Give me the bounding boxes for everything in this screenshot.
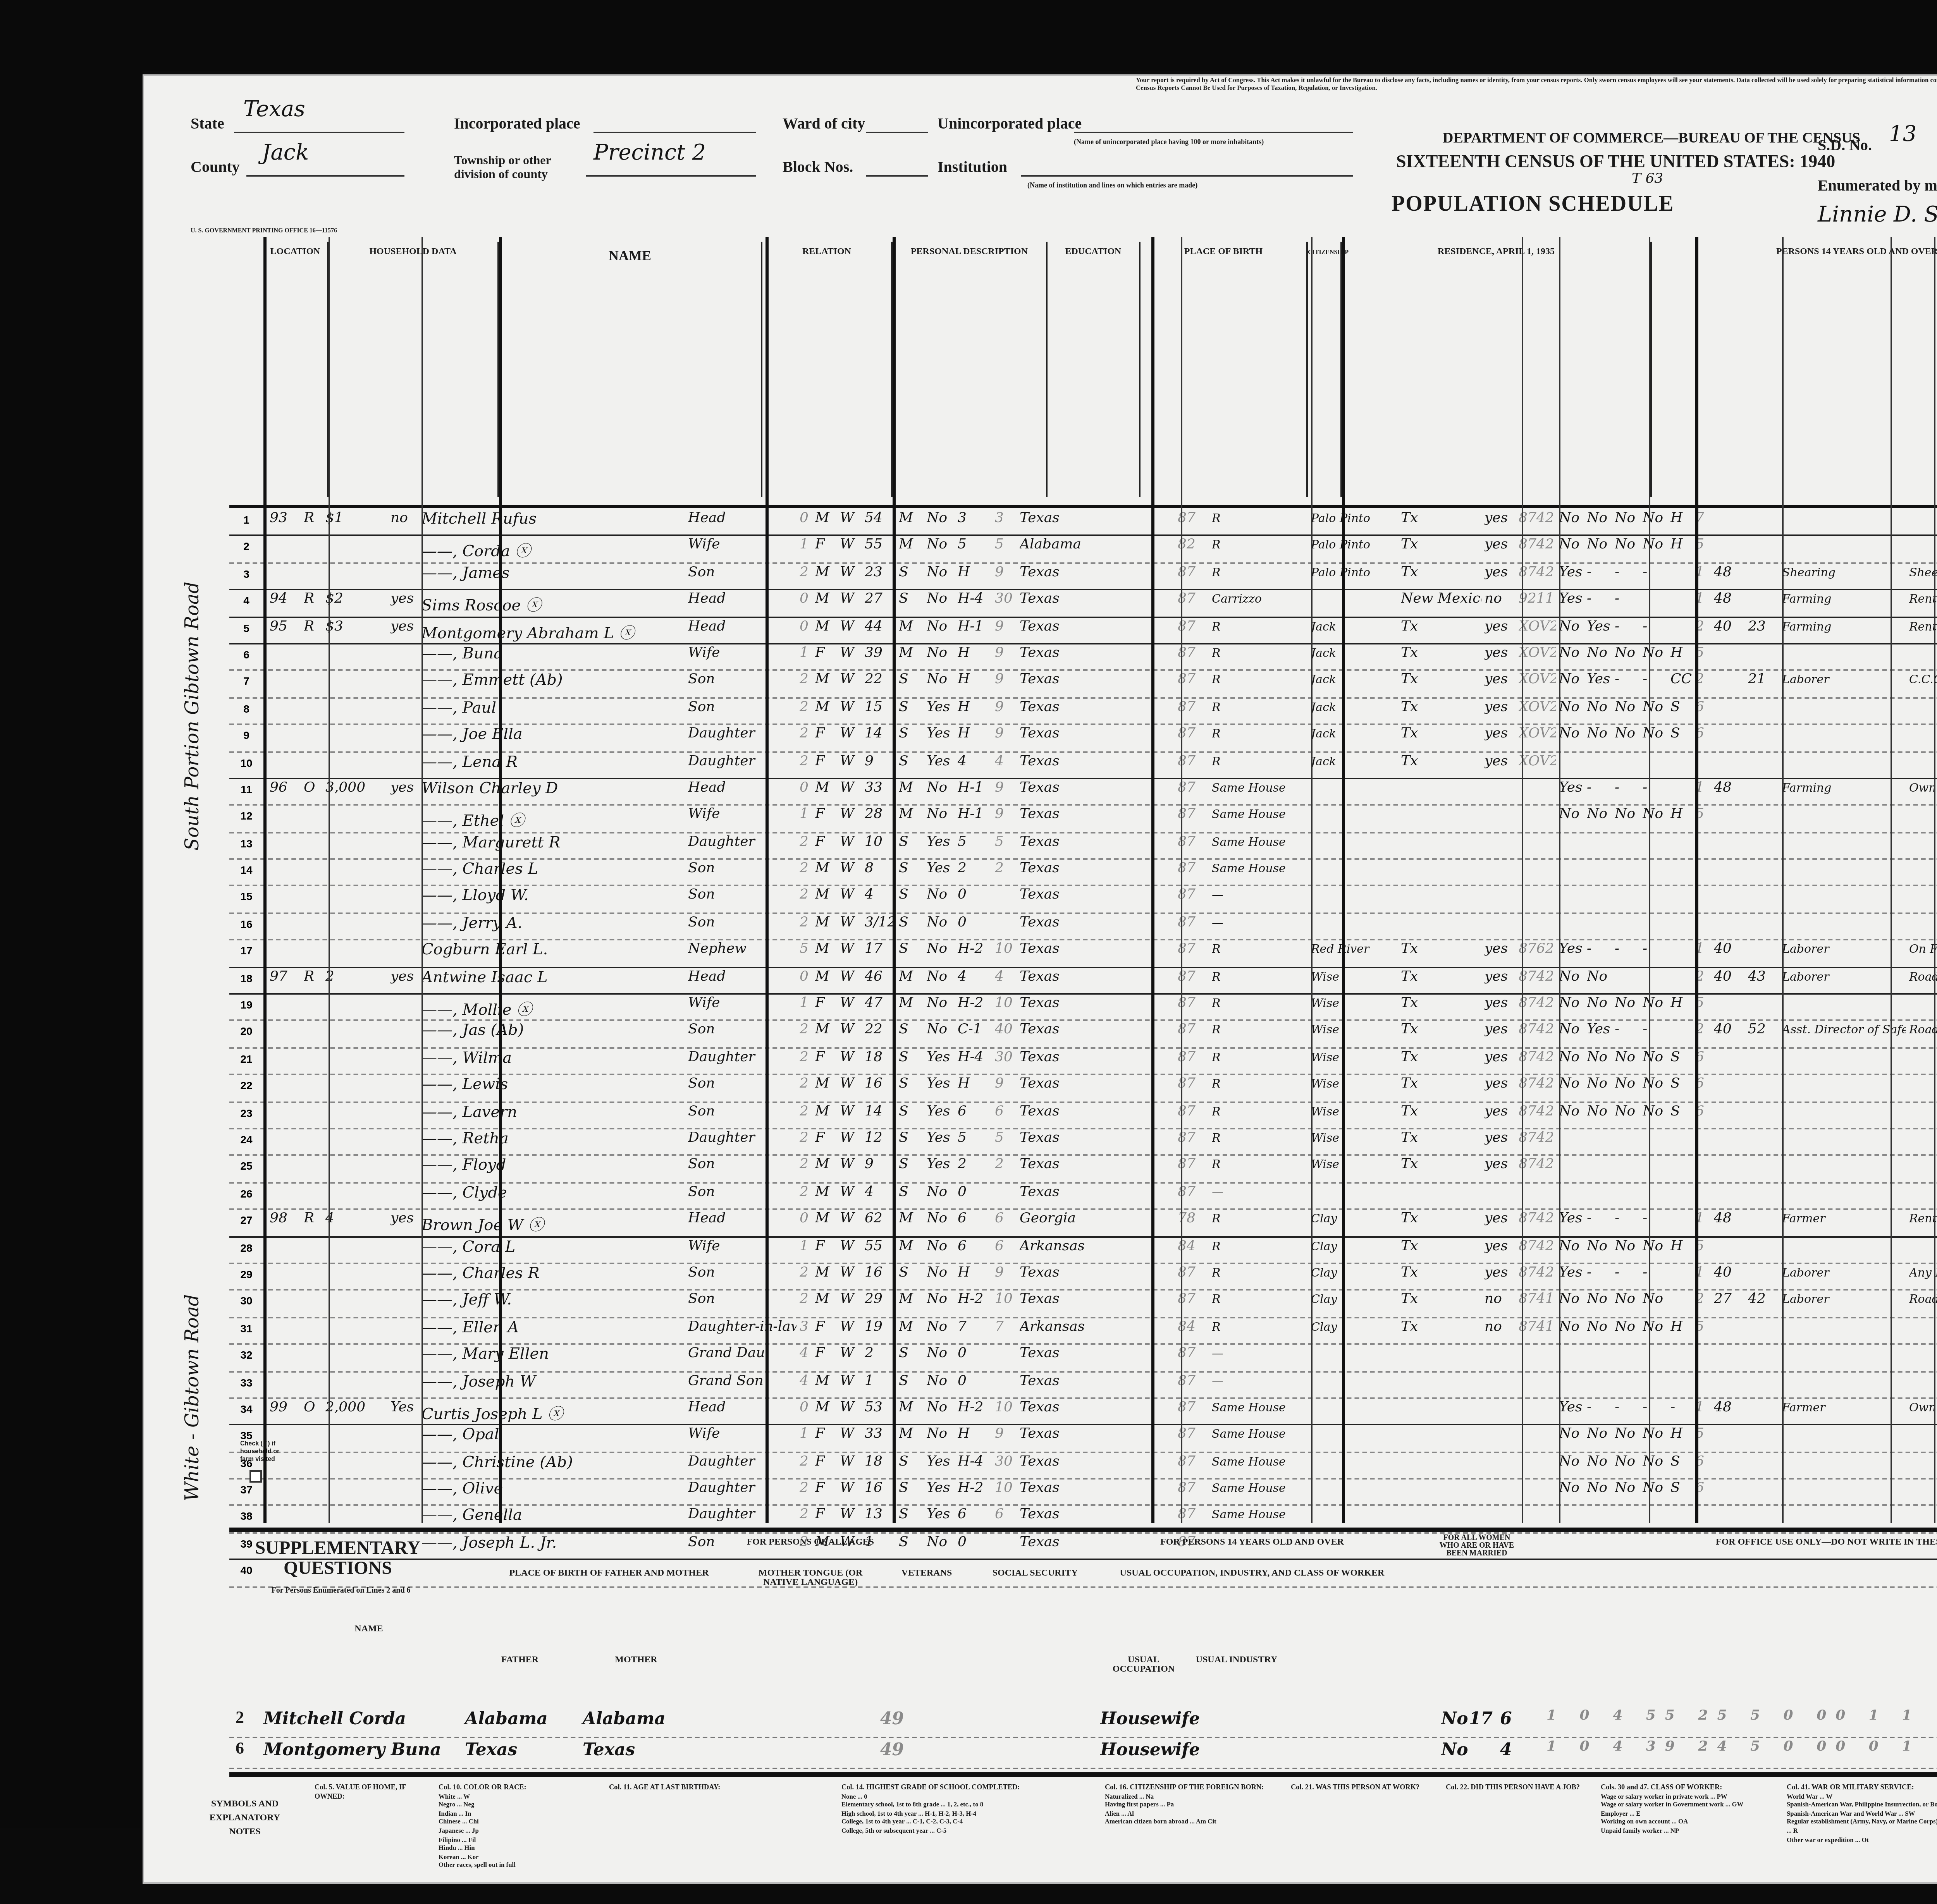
cell-school[interactable]: No [927, 1373, 955, 1389]
cell-hh[interactable]: 96 [270, 781, 301, 796]
cell-code-a[interactable]: 2 [800, 1077, 812, 1093]
cell-res-city[interactable]: Same House [1212, 1427, 1308, 1441]
cell-school[interactable]: No [927, 1212, 955, 1227]
cell-sex[interactable]: M [815, 565, 837, 581]
cell-hh[interactable]: 97 [270, 969, 301, 985]
cell-relation[interactable]: Daughter [688, 727, 796, 742]
cell-c24[interactable]: No [1643, 1454, 1667, 1470]
cell-c23[interactable]: No [1615, 1050, 1639, 1065]
cell-c22[interactable]: - [1587, 1266, 1612, 1281]
cell-hours[interactable]: 48 [1714, 592, 1745, 608]
cell-c21[interactable]: No [1559, 1023, 1584, 1039]
cell-race[interactable]: W [840, 1454, 862, 1470]
cell-grade[interactable]: H [958, 700, 992, 715]
cell-c24[interactable]: No [1643, 996, 1667, 1012]
cell-c22[interactable]: Yes [1587, 673, 1612, 688]
cell-res-state[interactable]: Tx [1401, 1266, 1481, 1281]
cell-grade[interactable]: 2 [958, 1158, 992, 1174]
cell-grade[interactable]: 0 [958, 1185, 992, 1200]
cell-res-state[interactable]: Tx [1401, 646, 1481, 662]
cell-sex[interactable]: M [815, 915, 837, 931]
cell-res-county[interactable]: Clay [1311, 1266, 1398, 1280]
cell-c25[interactable]: - [1670, 1401, 1692, 1416]
cell-c23[interactable]: No [1615, 1454, 1639, 1470]
cell-grade[interactable]: H [958, 646, 992, 662]
cell-c23[interactable]: No [1615, 1077, 1639, 1093]
cell-marital[interactable]: S [899, 861, 924, 877]
cell-grade[interactable]: H-4 [958, 1454, 992, 1470]
cell-c22[interactable]: No [1587, 700, 1612, 715]
cell-code-b[interactable]: 9 [995, 781, 1017, 796]
cell-sex[interactable]: F [815, 1346, 837, 1362]
cell-name[interactable]: ——, Mary Ellen [421, 1346, 685, 1363]
cell-marital[interactable]: S [899, 1077, 924, 1093]
cell-race[interactable]: W [840, 1131, 862, 1146]
cell-race[interactable]: W [840, 808, 862, 823]
cell-marital[interactable]: M [899, 619, 924, 634]
cell-c21[interactable]: No [1559, 969, 1584, 985]
cell-c21[interactable]: Yes [1559, 1401, 1584, 1416]
cell-c23[interactable]: - [1615, 565, 1639, 581]
cell-race[interactable]: W [840, 1373, 862, 1389]
cell-c21[interactable]: No [1559, 700, 1584, 715]
cell-school[interactable]: No [927, 942, 955, 958]
cell-code-b[interactable]: 9 [995, 673, 1017, 688]
cell-c24[interactable]: No [1643, 808, 1667, 823]
unincorporated-field[interactable] [1074, 113, 1353, 133]
cell-occupation[interactable]: Laborer [1782, 1266, 1906, 1280]
cell-relation[interactable]: Wife [688, 996, 796, 1012]
cell-age[interactable]: 47 [865, 996, 896, 1012]
cell-race[interactable]: W [840, 835, 862, 850]
cell-grade[interactable]: H [958, 727, 992, 742]
cell-c21[interactable]: No [1559, 996, 1584, 1012]
cell-school[interactable]: No [927, 996, 955, 1012]
incorporated-place-field[interactable] [593, 113, 756, 133]
cell-age[interactable]: 9 [865, 1158, 896, 1174]
cell-c22[interactable]: No [1587, 1077, 1612, 1093]
institution-field[interactable] [1021, 156, 1353, 177]
cell-grade[interactable]: H-4 [958, 592, 992, 608]
cell-sex[interactable]: F [815, 1427, 837, 1443]
cell-res-farm[interactable]: yes [1485, 1158, 1516, 1174]
cell-name[interactable]: ——, Jeff W. [421, 1292, 685, 1309]
cell-occupation[interactable]: Farmer [1782, 1401, 1906, 1414]
cell-code-d[interactable]: 8742 [1519, 1239, 1556, 1254]
cell-res-city[interactable]: R [1212, 1104, 1308, 1118]
cell-farm[interactable]: yes [390, 592, 418, 608]
cell-res-city[interactable]: — [1212, 915, 1308, 929]
cell-age[interactable]: 19 [865, 1320, 896, 1335]
cell-grade[interactable]: 5 [958, 538, 992, 554]
cell-c25[interactable]: S [1670, 1077, 1692, 1093]
cell-code-d[interactable]: 8742 [1519, 511, 1556, 527]
cell-sex[interactable]: F [815, 835, 837, 850]
cell-res-farm[interactable]: yes [1485, 538, 1516, 554]
cell-relation[interactable]: Daughter [688, 754, 796, 769]
cell-code-a[interactable]: 2 [800, 1131, 812, 1146]
cell-res-state[interactable]: Tx [1401, 1158, 1481, 1174]
cell-code-b[interactable]: 9 [995, 1427, 1017, 1443]
cell-sex[interactable]: F [815, 1320, 837, 1335]
cell-res-county[interactable]: Wise [1311, 996, 1398, 1010]
cell-relation[interactable]: Head [688, 511, 796, 527]
cell-c24[interactable]: No [1643, 1292, 1667, 1308]
cell-own[interactable]: R [304, 619, 322, 634]
cell-res-farm[interactable]: yes [1485, 1023, 1516, 1039]
cell-school[interactable]: No [927, 1401, 955, 1416]
cell-res-state[interactable]: Tx [1401, 1077, 1481, 1093]
cell-sex[interactable]: F [815, 727, 837, 742]
cell-c22[interactable]: - [1587, 781, 1612, 796]
cell-marital[interactable]: M [899, 969, 924, 985]
cell-sex[interactable]: M [815, 1158, 837, 1174]
cell-c23[interactable]: No [1615, 996, 1639, 1012]
cell-hh[interactable]: 99 [270, 1401, 301, 1416]
cell-c21[interactable]: Yes [1559, 565, 1584, 581]
cell-race[interactable]: W [840, 861, 862, 877]
cell-name[interactable]: Cogburn Earl L. [421, 942, 685, 959]
cell-race[interactable]: W [840, 1239, 862, 1254]
cell-age[interactable]: 62 [865, 1212, 896, 1227]
cell-weeks-unemp[interactable]: 21 [1748, 673, 1779, 688]
cell-c22[interactable]: Yes [1587, 1023, 1612, 1039]
cell-grade[interactable]: H [958, 1266, 992, 1281]
cell-occupation[interactable]: Farmer [1782, 1212, 1906, 1226]
cell-value[interactable]: 3,000 [325, 781, 387, 796]
cell-res-state[interactable]: Tx [1401, 1239, 1481, 1254]
cell-c25[interactable]: H [1670, 538, 1692, 554]
cell-code-a[interactable]: 1 [800, 646, 812, 662]
cell-code-d[interactable]: XOV2 [1519, 754, 1556, 769]
cell-name[interactable]: ——, Joseph W [421, 1373, 685, 1390]
cell-own[interactable]: R [304, 1212, 322, 1227]
cell-c24[interactable]: No [1643, 538, 1667, 554]
cell-res-county[interactable]: Wise [1311, 1158, 1398, 1172]
cell-age[interactable]: 29 [865, 1292, 896, 1308]
cell-name[interactable]: ——, Buna [421, 646, 685, 663]
cell-sex[interactable]: M [815, 592, 837, 608]
cell-value[interactable]: 4 [325, 1212, 387, 1227]
cell-school[interactable]: Yes [927, 727, 955, 742]
cell-c23[interactable]: - [1615, 1023, 1639, 1039]
cell-age[interactable]: 16 [865, 1266, 896, 1281]
cell-age[interactable]: 4 [865, 888, 896, 904]
cell-school[interactable]: No [927, 1266, 955, 1281]
cell-res-state[interactable]: Tx [1401, 538, 1481, 554]
cell-c23[interactable]: No [1615, 1427, 1639, 1443]
cell-code-b[interactable]: 6 [995, 1508, 1017, 1524]
cell-marital[interactable]: S [899, 592, 924, 608]
cell-res-state[interactable]: Tx [1401, 619, 1481, 634]
cell-marital[interactable]: M [899, 1239, 924, 1254]
cell-c22[interactable]: No [1587, 1427, 1612, 1443]
cell-res-farm[interactable]: yes [1485, 754, 1516, 769]
cell-c21[interactable]: No [1559, 1481, 1584, 1497]
cell-sex[interactable]: F [815, 538, 837, 554]
cell-c21[interactable]: No [1559, 1292, 1584, 1308]
cell-farm[interactable]: yes [390, 781, 418, 796]
cell-grade[interactable]: 5 [958, 835, 992, 850]
cell-code-a[interactable]: 2 [800, 673, 812, 688]
cell-age[interactable]: 9 [865, 754, 896, 769]
cell-marital[interactable]: M [899, 808, 924, 823]
cell-c24[interactable]: No [1643, 646, 1667, 662]
cell-marital[interactable]: S [899, 942, 924, 958]
cell-school[interactable]: Yes [927, 1104, 955, 1119]
cell-res-state[interactable]: Tx [1401, 700, 1481, 715]
cell-code-d[interactable]: 8742 [1519, 1158, 1556, 1174]
cell-age[interactable]: 27 [865, 592, 896, 608]
cell-relation[interactable]: Son [688, 915, 796, 931]
cell-code-a[interactable]: 2 [800, 1266, 812, 1281]
cell-relation[interactable]: Daughter [688, 1050, 796, 1065]
suppl-cell-married-more[interactable]: No [1441, 1740, 1463, 1760]
cell-marital[interactable]: S [899, 1131, 924, 1146]
cell-res-farm[interactable]: yes [1485, 565, 1516, 581]
suppl-cell-usual-occupation[interactable]: Housewife [1100, 1709, 1193, 1729]
cell-code-d[interactable]: 8741 [1519, 1320, 1556, 1335]
cell-sex[interactable]: F [815, 1454, 837, 1470]
cell-code-b[interactable]: 40 [995, 1023, 1017, 1039]
cell-name[interactable]: ——, Emmett (Ab) [421, 673, 685, 690]
cell-name[interactable]: ——, Opal [421, 1427, 685, 1444]
cell-school[interactable]: No [927, 1427, 955, 1443]
cell-name[interactable]: ——, Genella [421, 1508, 685, 1525]
cell-res-county[interactable]: Jack [1311, 754, 1398, 768]
cell-c24[interactable]: No [1643, 727, 1667, 742]
cell-school[interactable]: No [927, 511, 955, 527]
cell-farm[interactable]: yes [390, 969, 418, 985]
cell-age[interactable]: 23 [865, 565, 896, 581]
cell-race[interactable]: W [840, 1158, 862, 1174]
cell-res-state[interactable]: Tx [1401, 1023, 1481, 1039]
cell-c23[interactable]: - [1615, 1401, 1639, 1416]
cell-race[interactable]: W [840, 538, 862, 554]
cell-name[interactable]: Curtis Joseph L ⓧ [421, 1401, 685, 1424]
cell-grade[interactable]: H [958, 673, 992, 688]
cell-sex[interactable]: M [815, 1401, 837, 1416]
cell-farm[interactable]: no [390, 511, 418, 527]
cell-relation[interactable]: Son [688, 700, 796, 715]
cell-sex[interactable]: M [815, 1212, 837, 1227]
cell-race[interactable]: W [840, 1266, 862, 1281]
cell-grade[interactable]: 5 [958, 1131, 992, 1146]
cell-c22[interactable]: No [1587, 1239, 1612, 1254]
cell-grade[interactable]: 6 [958, 1104, 992, 1119]
cell-res-farm[interactable]: yes [1485, 1239, 1516, 1254]
cell-c22[interactable]: No [1587, 1454, 1612, 1470]
cell-code-b[interactable]: 10 [995, 1401, 1017, 1416]
cell-race[interactable]: W [840, 646, 862, 662]
cell-farm[interactable]: Yes [390, 1401, 418, 1416]
cell-race[interactable]: W [840, 888, 862, 904]
cell-c23[interactable]: No [1615, 1292, 1639, 1308]
cell-value[interactable]: 2,000 [325, 1401, 387, 1416]
cell-sex[interactable]: M [815, 673, 837, 688]
cell-c24[interactable]: No [1643, 1320, 1667, 1335]
cell-res-state[interactable]: Tx [1401, 942, 1481, 958]
cell-race[interactable]: W [840, 1023, 862, 1039]
cell-name[interactable]: ——, Joe Ella [421, 727, 685, 744]
cell-c25[interactable]: S [1670, 1454, 1692, 1470]
cell-c22[interactable]: No [1587, 1104, 1612, 1119]
cell-code-b[interactable]: 9 [995, 646, 1017, 662]
cell-name[interactable]: ——, Paul [421, 700, 685, 717]
cell-name[interactable]: ——, Ethel ⓧ [421, 808, 685, 831]
cell-name[interactable]: Brown Joe W ⓧ [421, 1212, 685, 1235]
cell-res-state[interactable]: Tx [1401, 1320, 1481, 1335]
cell-industry[interactable]: Own Farm [1909, 1401, 1937, 1414]
cell-grade[interactable]: H-4 [958, 1050, 992, 1065]
cell-occupation[interactable]: Laborer [1782, 673, 1906, 687]
cell-c21[interactable]: No [1559, 1077, 1584, 1093]
cell-marital[interactable]: S [899, 915, 924, 931]
cell-occupation[interactable]: Shearing [1782, 565, 1906, 579]
cell-race[interactable]: W [840, 969, 862, 985]
cell-race[interactable]: W [840, 727, 862, 742]
cell-marital[interactable]: M [899, 1401, 924, 1416]
cell-race[interactable]: W [840, 1050, 862, 1065]
cell-res-city[interactable]: — [1212, 1185, 1308, 1199]
cell-race[interactable]: W [840, 673, 862, 688]
cell-code-a[interactable]: 2 [800, 915, 812, 931]
cell-c21[interactable]: No [1559, 808, 1584, 823]
cell-res-state[interactable]: Tx [1401, 1050, 1481, 1065]
cell-code-a[interactable]: 4 [800, 1346, 812, 1362]
cell-relation[interactable]: Head [688, 781, 796, 796]
cell-c25[interactable]: S [1670, 1481, 1692, 1497]
cell-res-city[interactable]: Same House [1212, 1508, 1308, 1522]
cell-c21[interactable]: No [1559, 619, 1584, 634]
cell-grade[interactable]: 0 [958, 1373, 992, 1389]
cell-code-b[interactable]: 4 [995, 969, 1017, 985]
cell-relation[interactable]: Son [688, 1023, 796, 1039]
cell-hours[interactable]: 48 [1714, 1212, 1745, 1227]
cell-code-a[interactable]: 5 [800, 942, 812, 958]
cell-sex[interactable]: F [815, 1131, 837, 1146]
cell-c21[interactable]: Yes [1559, 1212, 1584, 1227]
cell-own[interactable]: R [304, 969, 322, 985]
cell-c22[interactable]: No [1587, 808, 1612, 823]
cell-industry[interactable]: Sheep & Goats [1909, 565, 1937, 579]
cell-industry[interactable]: Rented Farm [1909, 619, 1937, 633]
cell-hh[interactable]: 94 [270, 592, 301, 608]
cell-race[interactable]: W [840, 565, 862, 581]
cell-age[interactable]: 39 [865, 646, 896, 662]
cell-age[interactable]: 33 [865, 781, 896, 796]
suppl-cell-office[interactable]: 1 0 4 55 25 5 0 00 1 1 [1547, 1709, 1937, 1724]
cell-name[interactable]: ——, Lewis [421, 1077, 685, 1094]
cell-age[interactable]: 22 [865, 1023, 896, 1039]
cell-code-b[interactable]: 9 [995, 727, 1017, 742]
cell-grade[interactable]: H-1 [958, 781, 992, 796]
cell-code-b[interactable]: 5 [995, 1131, 1017, 1146]
cell-marital[interactable]: M [899, 1427, 924, 1443]
cell-grade[interactable]: 4 [958, 754, 992, 769]
cell-race[interactable]: W [840, 781, 862, 796]
cell-c25[interactable]: H [1670, 996, 1692, 1012]
cell-res-city[interactable]: — [1212, 1346, 1308, 1360]
cell-age[interactable]: 4 [865, 1185, 896, 1200]
cell-code-a[interactable]: 2 [800, 727, 812, 742]
cell-relation[interactable]: Son [688, 1104, 796, 1119]
suppl-cell-children[interactable]: 6 [1500, 1709, 1519, 1729]
cell-c21[interactable]: No [1559, 511, 1584, 527]
sd-value[interactable]: 13 [1889, 122, 1916, 147]
cell-c22[interactable]: - [1587, 1401, 1612, 1416]
cell-hours[interactable]: 40 [1714, 942, 1745, 958]
cell-code-a[interactable]: 2 [800, 861, 812, 877]
suppl-cell-name[interactable]: Mitchell Corda [263, 1709, 462, 1729]
cell-code-a[interactable]: 0 [800, 511, 812, 527]
cell-school[interactable]: No [927, 565, 955, 581]
cell-name[interactable]: Sims Roscoe ⓧ [421, 592, 685, 615]
suppl-cell-office[interactable]: 1 0 4 39 24 5 0 00 0 1 [1547, 1740, 1937, 1755]
cell-school[interactable]: Yes [927, 754, 955, 769]
cell-res-county[interactable]: Jack [1311, 700, 1398, 714]
cell-own[interactable]: R [304, 592, 322, 608]
cell-res-county[interactable]: Wise [1311, 1023, 1398, 1037]
cell-code-b[interactable]: 30 [995, 1454, 1017, 1470]
cell-sex[interactable]: M [815, 888, 837, 904]
cell-relation[interactable]: Wife [688, 1239, 796, 1254]
cell-relation[interactable]: Wife [688, 1427, 796, 1443]
cell-res-city[interactable]: R [1212, 1077, 1308, 1091]
cell-industry[interactable]: C.C.C. work [1909, 673, 1937, 687]
cell-sex[interactable]: F [815, 1481, 837, 1497]
cell-code-b[interactable]: 30 [995, 592, 1017, 608]
cell-farm[interactable]: yes [390, 619, 418, 634]
cell-c21[interactable]: No [1559, 1050, 1584, 1065]
cell-c22[interactable]: No [1587, 969, 1612, 985]
cell-c21[interactable]: No [1559, 1239, 1584, 1254]
cell-c22[interactable]: No [1587, 646, 1612, 662]
cell-c21[interactable]: Yes [1559, 781, 1584, 796]
cell-sex[interactable]: M [815, 700, 837, 715]
cell-name[interactable]: ——, Corda ⓧ [421, 538, 685, 562]
cell-race[interactable]: W [840, 619, 862, 634]
cell-code-a[interactable]: 4 [800, 1373, 812, 1389]
cell-industry[interactable]: Rented Farm [1909, 592, 1937, 606]
cell-res-city[interactable]: Same House [1212, 835, 1308, 849]
cell-marital[interactable]: S [899, 1454, 924, 1470]
cell-occupation[interactable]: Asst. Director of Safety [1782, 1023, 1906, 1037]
cell-industry[interactable]: Road [1909, 969, 1937, 983]
cell-c23[interactable]: No [1615, 1239, 1639, 1254]
cell-relation[interactable]: Head [688, 619, 796, 634]
cell-name[interactable]: ——, Clyde [421, 1185, 685, 1202]
cell-age[interactable]: 44 [865, 619, 896, 634]
cell-code-d[interactable]: 8742 [1519, 565, 1556, 581]
cell-grade[interactable]: 7 [958, 1320, 992, 1335]
cell-c22[interactable]: No [1587, 996, 1612, 1012]
cell-race[interactable]: W [840, 754, 862, 769]
cell-code-d[interactable]: 8742 [1519, 1266, 1556, 1281]
cell-marital[interactable]: M [899, 781, 924, 796]
cell-res-city[interactable]: R [1212, 1292, 1308, 1306]
cell-relation[interactable]: Son [688, 1185, 796, 1200]
cell-occupation[interactable]: Farming [1782, 592, 1906, 606]
cell-name[interactable]: ——, Jas (Ab) [421, 1023, 685, 1040]
cell-c24[interactable]: - [1643, 619, 1667, 634]
cell-res-farm[interactable]: yes [1485, 673, 1516, 688]
cell-race[interactable]: W [840, 1481, 862, 1497]
cell-c24[interactable]: No [1643, 1239, 1667, 1254]
cell-res-state[interactable]: Tx [1401, 1131, 1481, 1146]
cell-race[interactable]: W [840, 592, 862, 608]
cell-c24[interactable]: - [1643, 1023, 1667, 1039]
